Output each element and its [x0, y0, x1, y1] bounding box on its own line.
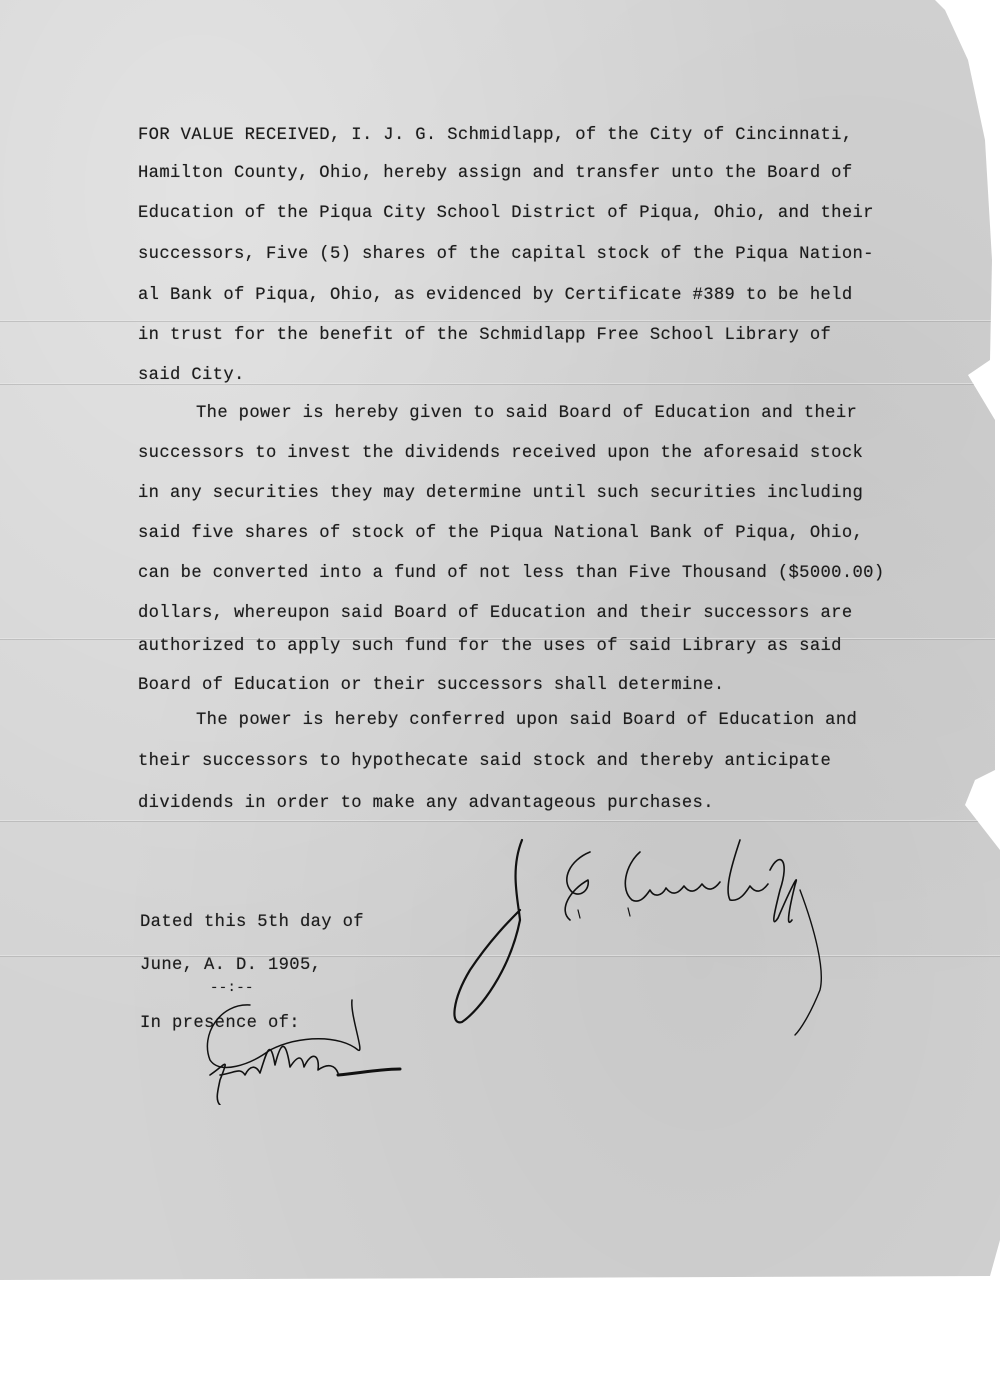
text-line: The power is hereby conferred upon said …: [196, 711, 857, 731]
text-line: in any securities they may determine unt…: [138, 484, 863, 504]
text-line: their successors to hypothecate said sto…: [138, 752, 831, 772]
dated-line: Dated this 5th day of: [140, 913, 364, 933]
text-line: FOR VALUE RECEIVED, I. J. G. Schmidlapp,…: [138, 126, 853, 146]
text-line: said City.: [138, 366, 245, 386]
paper-sheet: FOR VALUE RECEIVED, I. J. G. Schmidlapp,…: [0, 0, 1000, 1280]
text-line: successors, Five (5) shares of the capit…: [138, 245, 874, 265]
text-line: Education of the Piqua City School Distr…: [138, 204, 874, 224]
text-line: The power is hereby given to said Board …: [196, 404, 857, 424]
dated-line: June, A. D. 1905,: [140, 956, 321, 976]
text-line: dividends in order to make any advantage…: [138, 794, 714, 814]
fold-line: [0, 820, 1000, 822]
text-line: al Bank of Piqua, Ohio, as evidenced by …: [138, 286, 853, 306]
text-line: authorized to apply such fund for the us…: [138, 637, 842, 657]
text-line: said five shares of stock of the Piqua N…: [138, 524, 863, 544]
text-line: successors to invest the dividends recei…: [138, 444, 863, 464]
text-line: can be converted into a fund of not less…: [138, 564, 885, 584]
text-line: in trust for the benefit of the Schmidla…: [138, 326, 831, 346]
signature-schmidlapp: [440, 830, 860, 1040]
fold-line: [0, 320, 1000, 322]
signature-witness: [190, 995, 420, 1105]
text-line: dollars, whereupon said Board of Educati…: [138, 604, 853, 624]
text-line: Hamilton County, Ohio, hereby assign and…: [138, 164, 853, 184]
text-line: Board of Education or their successors s…: [138, 676, 725, 696]
